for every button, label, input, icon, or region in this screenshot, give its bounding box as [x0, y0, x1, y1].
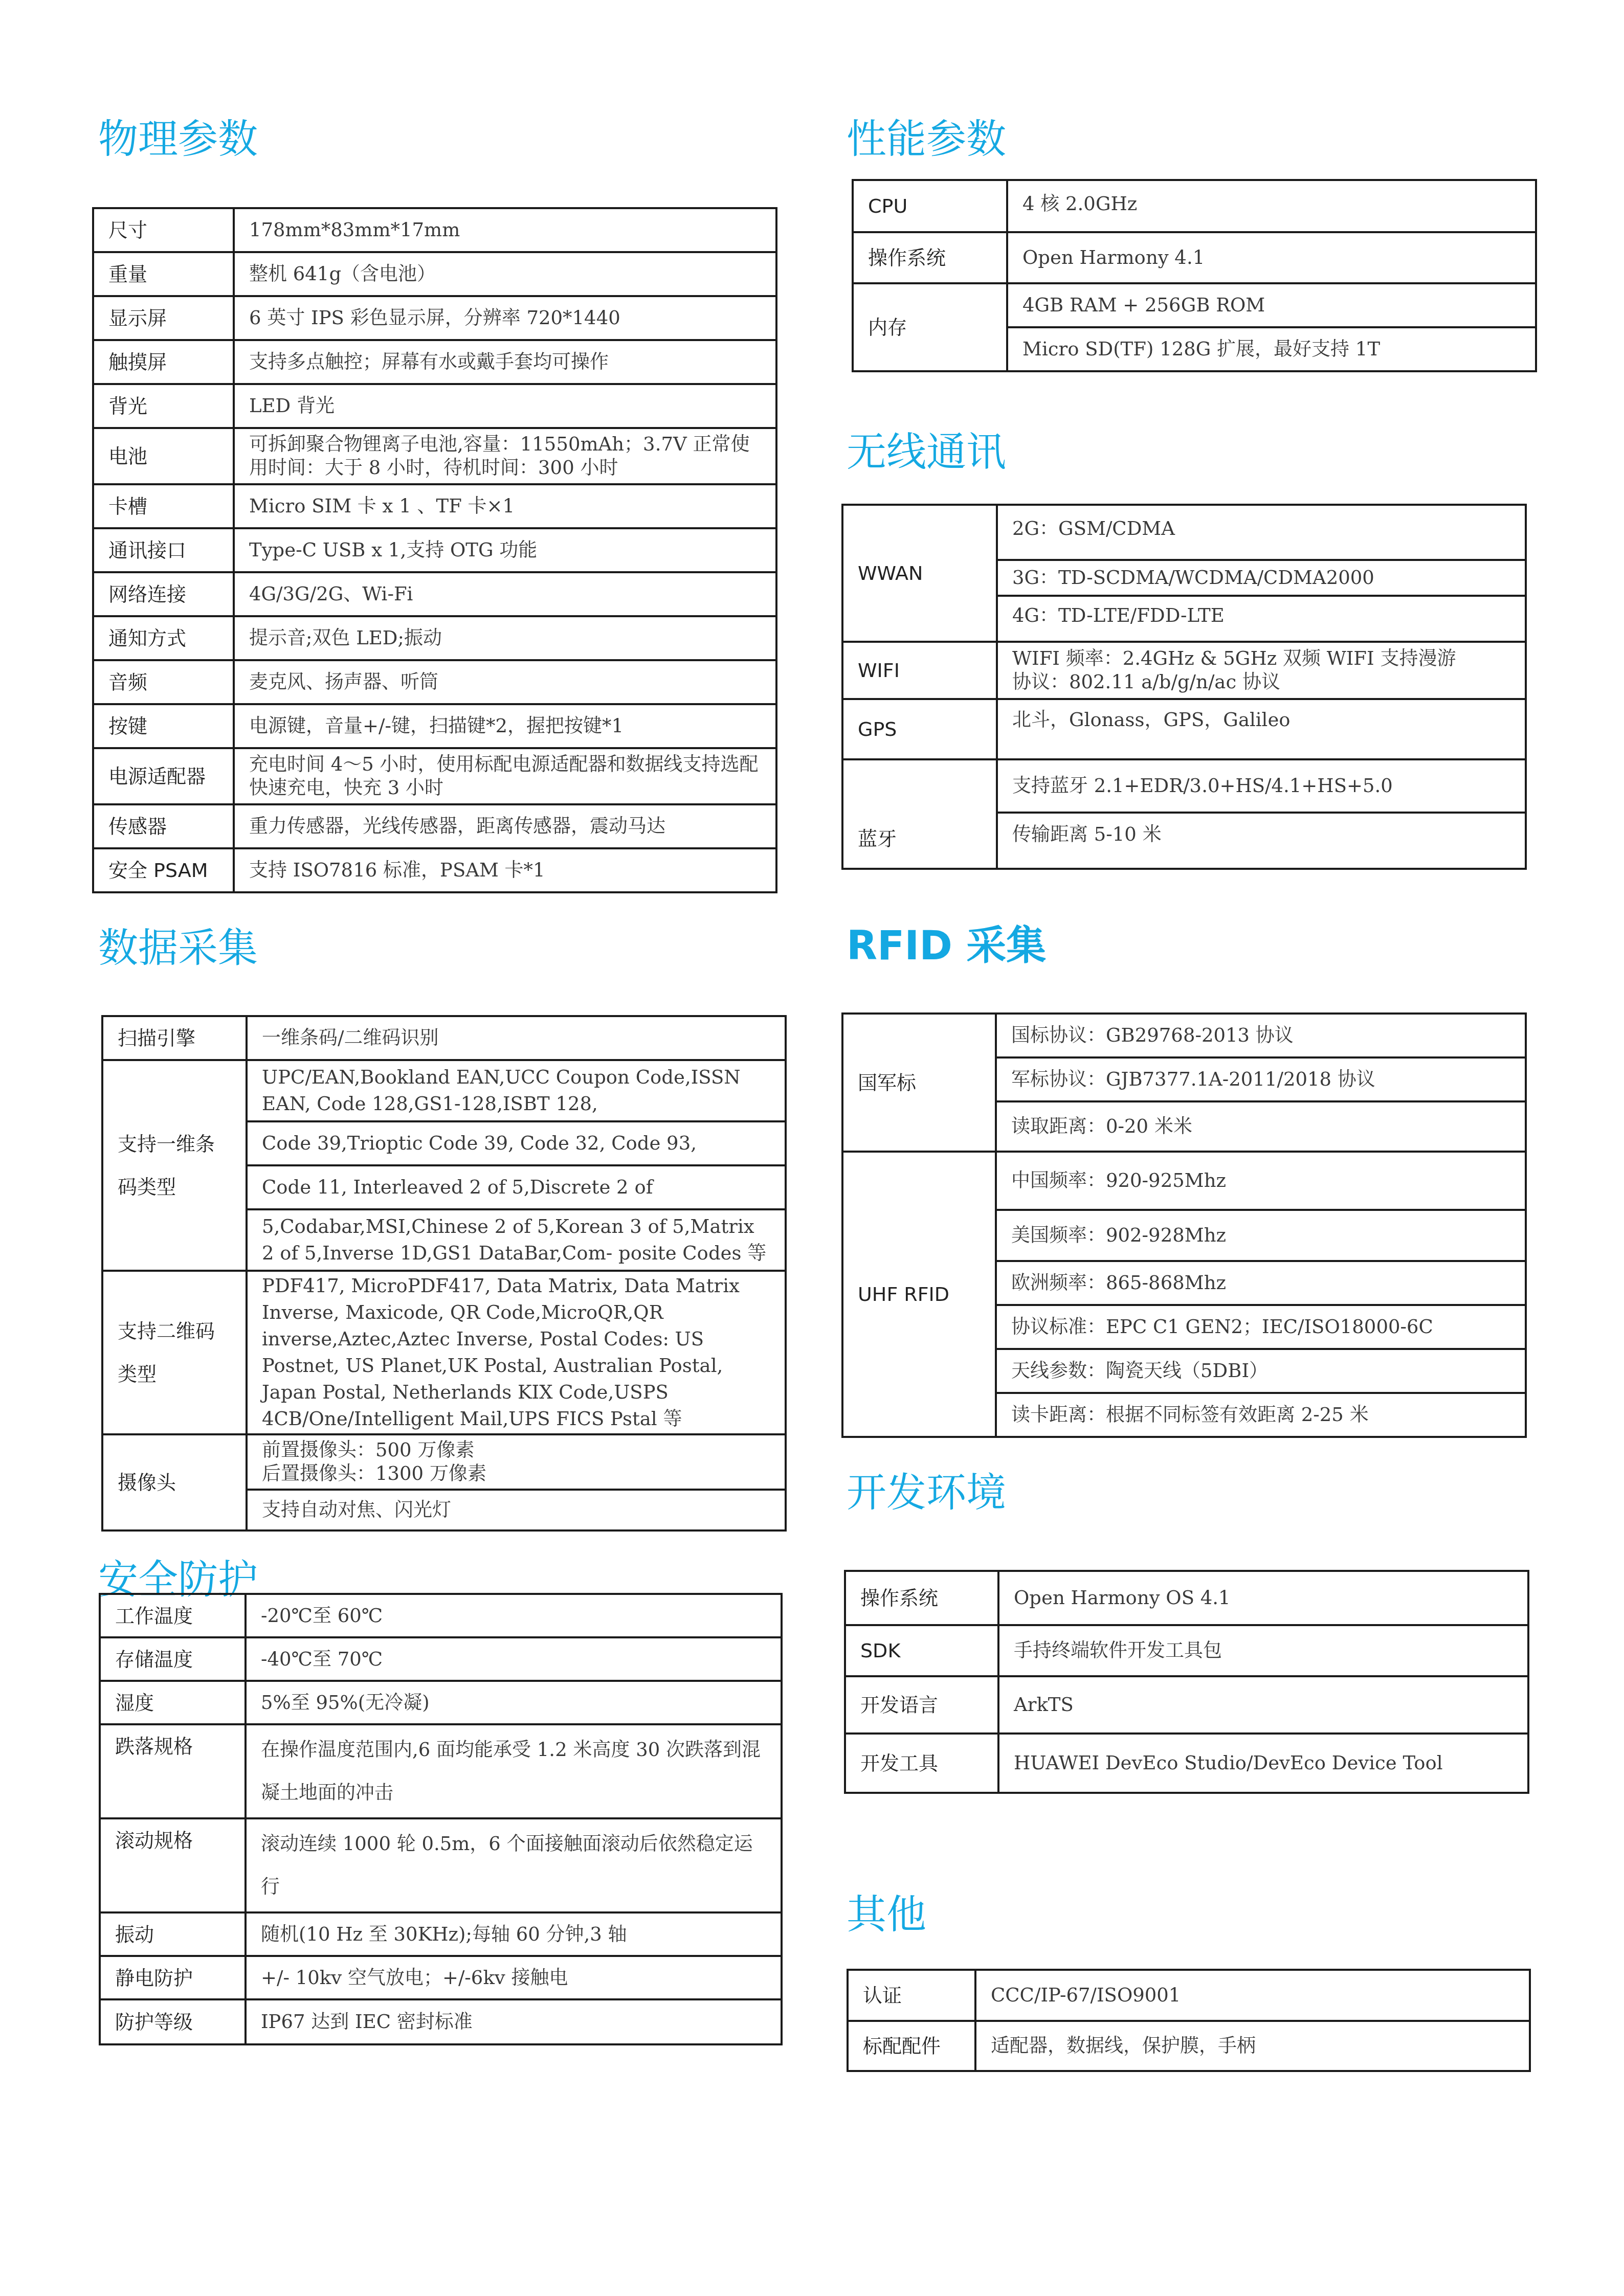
row-value: 整机 641g（含电池） — [234, 252, 776, 296]
rfid-spec-table: 国军标国标协议：GB29768-2013 协议 军标协议：GJB7377.1A-… — [841, 1012, 1527, 1438]
row-value: -40℃至 70℃ — [246, 1637, 782, 1681]
table-row: 静电防护+/- 10kv 空气放电；+/-6kv 接触电 — [100, 1956, 782, 1999]
row-label: 静电防护 — [100, 1956, 246, 1999]
row-label: SDK — [845, 1625, 998, 1676]
row-label: 安全 PSAM — [93, 848, 234, 892]
row-label: 滚动规格 — [100, 1818, 246, 1912]
table-row: 开发工具HUAWEI DevEco Studio/DevEco Device T… — [845, 1734, 1528, 1793]
row-value: 支持 ISO7816 标准，PSAM 卡*1 — [234, 848, 776, 892]
row-value: Open Harmony OS 4.1 — [998, 1571, 1528, 1625]
row-label: 音频 — [93, 660, 234, 704]
row-label: 网络连接 — [93, 572, 234, 616]
table-row: GPS北斗，Glonass，GPS，Galileo — [842, 699, 1526, 759]
row-value: Micro SD(TF) 128G 扩展，最好支持 1T — [1007, 327, 1536, 371]
row-value: 适配器，数据线，保护膜，手柄 — [975, 2021, 1530, 2071]
section-title-data-capture: 数据采集 — [98, 926, 258, 972]
table-row: 重量整机 641g（含电池） — [93, 252, 776, 296]
row-label: 工作温度 — [100, 1594, 246, 1637]
dev-env-spec-table: 操作系统Open Harmony OS 4.1 SDK手持终端软件开发工具包 开… — [844, 1570, 1529, 1794]
row-label: 扫描引擎 — [102, 1016, 247, 1060]
table-row: 电源适配器充电时间 4～5 小时，使用标配电源适配器和数据线支持选配快速充电，快… — [93, 748, 776, 804]
table-row: 支持一维条码类型 UPC/EAN,Bookland EAN,UCC Coupon… — [102, 1060, 786, 1121]
row-label: 重量 — [93, 252, 234, 296]
row-value: Type-C USB x 1,支持 OTG 功能 — [234, 528, 776, 572]
row-value: UPC/EAN,Bookland EAN,UCC Coupon Code,ISS… — [247, 1060, 786, 1121]
table-row: 湿度5%至 95%(无冷凝) — [100, 1681, 782, 1724]
row-label: 支持二维码类型 — [102, 1271, 247, 1434]
table-row: WIFI WIFI 频率：2.4GHz & 5GHz 双频 WIFI 支持漫游 … — [842, 642, 1526, 699]
table-row: WWAN2G：GSM/CDMA — [842, 505, 1526, 560]
table-row: 尺寸178mm*83mm*17mm — [93, 208, 776, 252]
row-value: 充电时间 4～5 小时，使用标配电源适配器和数据线支持选配快速充电，快充 3 小… — [234, 748, 776, 804]
row-value: 读取距离：0-20 米米 — [996, 1101, 1526, 1152]
wifi-line-2: 协议：802.11 a/b/g/n/ac 协议 — [1012, 670, 1510, 694]
row-label: 振动 — [100, 1912, 246, 1956]
row-value: 支持多点触控；屏幕有水或戴手套均可操作 — [234, 340, 776, 384]
row-value: 3G：TD-SCDMA/WCDMA/CDMA2000 — [997, 560, 1526, 596]
row-value: 6 英寸 IPS 彩色显示屏，分辨率 720*1440 — [234, 296, 776, 340]
row-value: 军标协议：GJB7377.1A-2011/2018 协议 — [996, 1057, 1526, 1101]
section-title-rfid: RFID 采集 — [847, 923, 1046, 969]
row-value: HUAWEI DevEco Studio/DevEco Device Tool — [998, 1734, 1528, 1793]
row-value: Code 39,Trioptic Code 39, Code 32, Code … — [247, 1121, 786, 1165]
row-label: 支持一维条码类型 — [102, 1060, 247, 1271]
row-label: 尺寸 — [93, 208, 234, 252]
row-value: Micro SIM 卡 x 1 、TF 卡×1 — [234, 484, 776, 528]
row-label: 卡槽 — [93, 484, 234, 528]
table-row: 摄像头 前置摄像头：500 万像素 后置摄像头：1300 万像素 — [102, 1434, 786, 1490]
table-row: 操作系统Open Harmony 4.1 — [853, 232, 1536, 283]
row-value: 5,Codabar,MSI,Chinese 2 of 5,Korean 3 of… — [247, 1209, 786, 1271]
row-value: 手持终端软件开发工具包 — [998, 1625, 1528, 1676]
rear-camera: 后置摄像头：1300 万像素 — [262, 1462, 770, 1485]
row-value: Open Harmony 4.1 — [1007, 232, 1536, 283]
row-label: 传感器 — [93, 804, 234, 848]
row-label: 背光 — [93, 384, 234, 428]
row-value: 麦克风、扬声器、听筒 — [234, 660, 776, 704]
table-row: 认证CCC/IP-67/ISO9001 — [848, 1970, 1530, 2021]
row-label: CPU — [853, 180, 1007, 232]
row-label: 显示屏 — [93, 296, 234, 340]
table-row: 触摸屏支持多点触控；屏幕有水或戴手套均可操作 — [93, 340, 776, 384]
table-row: UHF RFID中国频率：920-925Mhz — [842, 1152, 1526, 1210]
row-label: 湿度 — [100, 1681, 246, 1724]
table-row: 跌落规格在操作温度范围内,6 面均能承受 1.2 米高度 30 次跌落到混凝土地… — [100, 1724, 782, 1818]
row-label: WWAN — [842, 505, 997, 642]
row-label: 电源适配器 — [93, 748, 234, 804]
row-value: 178mm*83mm*17mm — [234, 208, 776, 252]
row-label: 标配配件 — [848, 2021, 975, 2071]
table-row: 操作系统Open Harmony OS 4.1 — [845, 1571, 1528, 1625]
row-value: IP67 达到 IEC 密封标准 — [246, 1999, 782, 2044]
row-value: ArkTS — [998, 1676, 1528, 1734]
row-value: 国标协议：GB29768-2013 协议 — [996, 1014, 1526, 1057]
safety-spec-table: 工作温度-20℃至 60℃ 存储温度-40℃至 70℃ 湿度5%至 95%(无冷… — [99, 1593, 783, 2045]
row-value: 可拆卸聚合物锂离子电池,容量：11550mAh；3.7V 正常使用时间：大于 8… — [234, 428, 776, 484]
row-value: 欧洲频率：865-868Mhz — [996, 1261, 1526, 1305]
row-value: PDF417, MicroPDF417, Data Matrix, Data M… — [247, 1271, 786, 1434]
table-row: 扫描引擎一维条码/二维码识别 — [102, 1016, 786, 1060]
table-row: 背光LED 背光 — [93, 384, 776, 428]
row-value: 读卡距离：根据不同标签有效距离 2-25 米 — [996, 1393, 1526, 1437]
row-value: 5%至 95%(无冷凝) — [246, 1681, 782, 1724]
row-label: 跌落规格 — [100, 1724, 246, 1818]
other-spec-table: 认证CCC/IP-67/ISO9001 标配配件适配器，数据线，保护膜，手柄 — [847, 1969, 1531, 2072]
row-value: 支持自动对焦、闪光灯 — [247, 1490, 786, 1530]
table-row: SDK手持终端软件开发工具包 — [845, 1625, 1528, 1676]
row-label: 触摸屏 — [93, 340, 234, 384]
row-value: 中国频率：920-925Mhz — [996, 1152, 1526, 1210]
table-row: 支持二维码类型 PDF417, MicroPDF417, Data Matrix… — [102, 1271, 786, 1434]
row-value: 北斗，Glonass，GPS，Galileo — [997, 699, 1526, 759]
table-row: 存储温度-40℃至 70℃ — [100, 1637, 782, 1681]
row-value: Code 11, Interleaved 2 of 5,Discrete 2 o… — [247, 1165, 786, 1209]
row-label: 防护等级 — [100, 1999, 246, 2044]
section-title-wireless: 无线通讯 — [847, 430, 1006, 476]
data-capture-spec-table: 扫描引擎一维条码/二维码识别 支持一维条码类型 UPC/EAN,Bookland… — [101, 1015, 787, 1532]
table-row: 振动随机(10 Hz 至 30KHz);每轴 60 分钟,3 轴 — [100, 1912, 782, 1956]
row-label: 摄像头 — [102, 1434, 247, 1530]
performance-spec-table: CPU4 核 2.0GHz 操作系统Open Harmony 4.1 内存4GB… — [852, 179, 1537, 372]
row-label: 内存 — [853, 283, 1007, 371]
row-label: GPS — [842, 699, 997, 759]
front-camera: 前置摄像头：500 万像素 — [262, 1438, 770, 1462]
row-value: 电源键，音量+/-键，扫描键*2，握把按键*1 — [234, 704, 776, 748]
row-value: 支持蓝牙 2.1+EDR/3.0+HS/4.1+HS+5.0 — [997, 759, 1526, 813]
table-row: 音频麦克风、扬声器、听筒 — [93, 660, 776, 704]
table-row: 按键电源键，音量+/-键，扫描键*2，握把按键*1 — [93, 704, 776, 748]
row-value: 4G/3G/2G、Wi-Fi — [234, 572, 776, 616]
row-label: 存储温度 — [100, 1637, 246, 1681]
table-row: 通讯接口Type-C USB x 1,支持 OTG 功能 — [93, 528, 776, 572]
row-label: 开发语言 — [845, 1676, 998, 1734]
wifi-line-1: WIFI 频率：2.4GHz & 5GHz 双频 WIFI 支持漫游 — [1012, 647, 1510, 670]
row-value: 协议标准：EPC C1 GEN2；IEC/ISO18000-6C — [996, 1305, 1526, 1349]
row-value: 提示音;双色 LED;振动 — [234, 616, 776, 660]
row-value: 传输距离 5-10 米 — [997, 813, 1526, 869]
table-row: 滚动规格滚动连续 1000 轮 0.5m，6 个面接触面滚动后依然稳定运行 — [100, 1818, 782, 1912]
row-label: 蓝牙 — [842, 759, 997, 869]
table-row: 安全 PSAM支持 ISO7816 标准，PSAM 卡*1 — [93, 848, 776, 892]
row-value: 随机(10 Hz 至 30KHz);每轴 60 分钟,3 轴 — [246, 1912, 782, 1956]
row-value: 2G：GSM/CDMA — [997, 505, 1526, 560]
table-row: 通知方式提示音;双色 LED;振动 — [93, 616, 776, 660]
section-title-other: 其他 — [847, 1892, 926, 1938]
table-row: 标配配件适配器，数据线，保护膜，手柄 — [848, 2021, 1530, 2071]
physical-spec-table: 尺寸178mm*83mm*17mm 重量整机 641g（含电池） 显示屏6 英寸… — [92, 207, 777, 893]
table-row: 显示屏6 英寸 IPS 彩色显示屏，分辨率 720*1440 — [93, 296, 776, 340]
row-value: 4 核 2.0GHz — [1007, 180, 1536, 232]
row-value: 重力传感器，光线传感器，距离传感器，震动马达 — [234, 804, 776, 848]
table-row: 蓝牙支持蓝牙 2.1+EDR/3.0+HS/4.1+HS+5.0 — [842, 759, 1526, 813]
row-label: UHF RFID — [842, 1152, 996, 1437]
row-label: 开发工具 — [845, 1734, 998, 1793]
table-row: 网络连接4G/3G/2G、Wi-Fi — [93, 572, 776, 616]
row-label: 电池 — [93, 428, 234, 484]
row-value: +/- 10kv 空气放电；+/-6kv 接触电 — [246, 1956, 782, 1999]
row-value: 天线参数：陶瓷天线（5DBI） — [996, 1349, 1526, 1393]
row-value: -20℃至 60℃ — [246, 1594, 782, 1637]
row-label: 操作系统 — [853, 232, 1007, 283]
table-row: 开发语言ArkTS — [845, 1676, 1528, 1734]
table-row: 防护等级IP67 达到 IEC 密封标准 — [100, 1999, 782, 2044]
row-label: WIFI — [842, 642, 997, 699]
row-value: 4GB RAM + 256GB ROM — [1007, 283, 1536, 327]
row-value: CCC/IP-67/ISO9001 — [975, 1970, 1530, 2021]
row-label: 通知方式 — [93, 616, 234, 660]
row-label: 通讯接口 — [93, 528, 234, 572]
table-row: 国军标国标协议：GB29768-2013 协议 — [842, 1014, 1526, 1057]
row-value: 在操作温度范围内,6 面均能承受 1.2 米高度 30 次跌落到混凝土地面的冲击 — [246, 1724, 782, 1818]
row-value: WIFI 频率：2.4GHz & 5GHz 双频 WIFI 支持漫游 协议：80… — [997, 642, 1526, 699]
section-title-dev-env: 开发环境 — [847, 1470, 1006, 1516]
row-label: 操作系统 — [845, 1571, 998, 1625]
section-title-physical: 物理参数 — [98, 117, 258, 163]
table-row: 工作温度-20℃至 60℃ — [100, 1594, 782, 1637]
table-row: 电池可拆卸聚合物锂离子电池,容量：11550mAh；3.7V 正常使用时间：大于… — [93, 428, 776, 484]
table-row: 内存4GB RAM + 256GB ROM — [853, 283, 1536, 327]
row-value: 一维条码/二维码识别 — [247, 1016, 786, 1060]
row-value: 美国频率：902-928Mhz — [996, 1210, 1526, 1261]
wireless-spec-table: WWAN2G：GSM/CDMA 3G：TD-SCDMA/WCDMA/CDMA20… — [841, 504, 1527, 870]
row-label: 认证 — [848, 1970, 975, 2021]
row-value: 前置摄像头：500 万像素 后置摄像头：1300 万像素 — [247, 1434, 786, 1490]
table-row: 卡槽Micro SIM 卡 x 1 、TF 卡×1 — [93, 484, 776, 528]
row-label: 按键 — [93, 704, 234, 748]
row-value: 4G：TD-LTE/FDD-LTE — [997, 596, 1526, 642]
row-label: 国军标 — [842, 1014, 996, 1152]
section-title-performance: 性能参数 — [847, 117, 1006, 163]
table-row: 传感器重力传感器，光线传感器，距离传感器，震动马达 — [93, 804, 776, 848]
row-value: 滚动连续 1000 轮 0.5m，6 个面接触面滚动后依然稳定运行 — [246, 1818, 782, 1912]
table-row: CPU4 核 2.0GHz — [853, 180, 1536, 232]
row-value: LED 背光 — [234, 384, 776, 428]
